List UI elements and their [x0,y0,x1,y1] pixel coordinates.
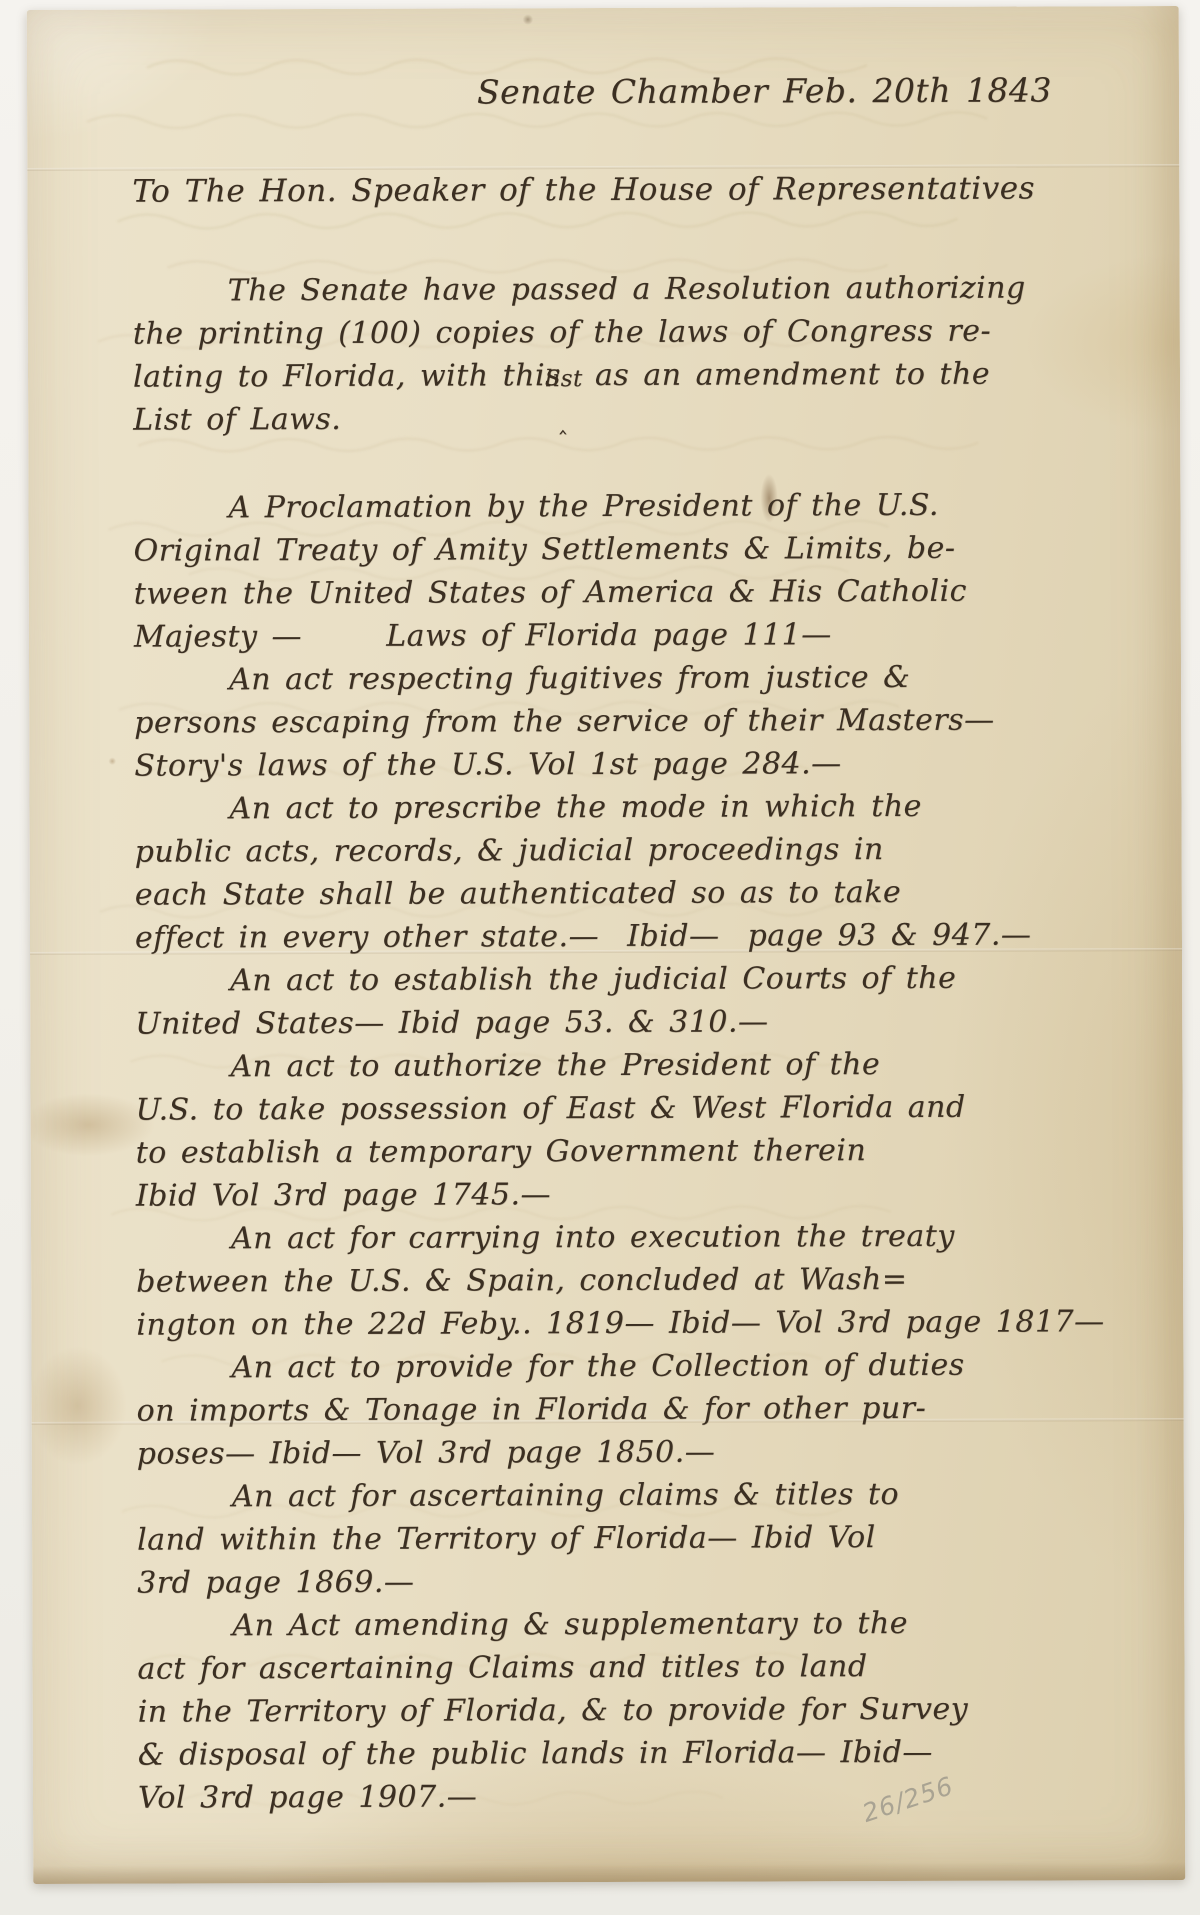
letter-line: An Act amending & supplementary to the [137,1601,1136,1647]
letter-line: between the U.S. & Spain, concluded at W… [136,1257,1135,1303]
line-text: lating to Florida, with this [133,358,561,394]
letter-line: & disposal of the public lands in Florid… [138,1730,1137,1776]
insertion-caret-icon: ‸ [559,401,567,444]
letter-line: tween the United States of America & His… [134,569,1133,615]
letter-body: The Senate have passed a Resolution auth… [133,266,1137,1819]
letter-line: A Proclamation by the President of the U… [133,483,1132,529]
letter-line: An act respecting fugitives from justice… [134,655,1133,701]
line-text: as an amendment to the [581,357,990,393]
letter-line: Story's laws of the U.S. Vol 1st page 28… [134,741,1133,787]
letter-line: An act to authorize the President of the [135,1042,1134,1088]
inserted-word: list [545,358,583,401]
letter-line: An act for ascertaining claims & titles … [137,1472,1136,1518]
letter-line: effect in every other state.— Ibid— page… [135,913,1134,959]
letter-line: 3rd page 1869.— [137,1558,1136,1604]
letter-line: Original Treaty of Amity Settlements & L… [134,526,1133,572]
letter-line: on imports & Tonage in Florida & for oth… [137,1386,1136,1432]
letter-line: persons escaping from the service of the… [134,698,1133,744]
letter-line: act for ascertaining Claims and titles t… [137,1644,1136,1690]
salutation: To The Hon. Speaker of the House of Repr… [132,166,1131,213]
letter-line: the printing (100) copies of the laws of… [133,309,1132,355]
letter-line: U.S. to take possession of East & West F… [135,1085,1134,1131]
letter-line: Vol 3rd page 1907.— [138,1773,1137,1819]
letter-line: Majesty — Laws of Florida page 111— [134,612,1133,658]
letter-line: ington on the 22d Feby.. 1819— Ibid— Vol… [136,1300,1135,1346]
letter-line: An act to prescribe the mode in which th… [134,784,1133,830]
letter-line: An act to provide for the Collection of … [136,1343,1135,1389]
letter-content: Senate Chamber Feb. 20th 1843 To The Hon… [132,68,1137,1819]
letter-line: An act to establish the judicial Courts … [135,956,1134,1002]
paper: Senate Chamber Feb. 20th 1843 To The Hon… [27,6,1186,1884]
letter-line: The Senate have passed a Resolution auth… [133,266,1132,312]
letter-line: United States— Ibid page 53. & 310.— [135,999,1134,1045]
letter-line: List of Laws. [133,395,1132,441]
letter-line: each State shall be authenticated so as … [135,870,1134,916]
letter-line: poses— Ibid— Vol 3rd page 1850.— [137,1429,1136,1475]
letter-line: Ibid Vol 3rd page 1745.— [136,1171,1135,1217]
dateline: Senate Chamber Feb. 20th 1843 [477,68,1131,114]
letter-line: public acts, records, & judicial proceed… [135,827,1134,873]
letter-line: An act for carrying into execution the t… [136,1214,1135,1260]
letter-line: lating to Florida, with thislist‸ as an … [133,352,1132,398]
letter-line: in the Territory of Florida, & to provid… [138,1687,1137,1733]
letter-line: to establish a temporary Government ther… [136,1128,1135,1174]
letter-line: land within the Territory of Florida— Ib… [137,1515,1136,1561]
